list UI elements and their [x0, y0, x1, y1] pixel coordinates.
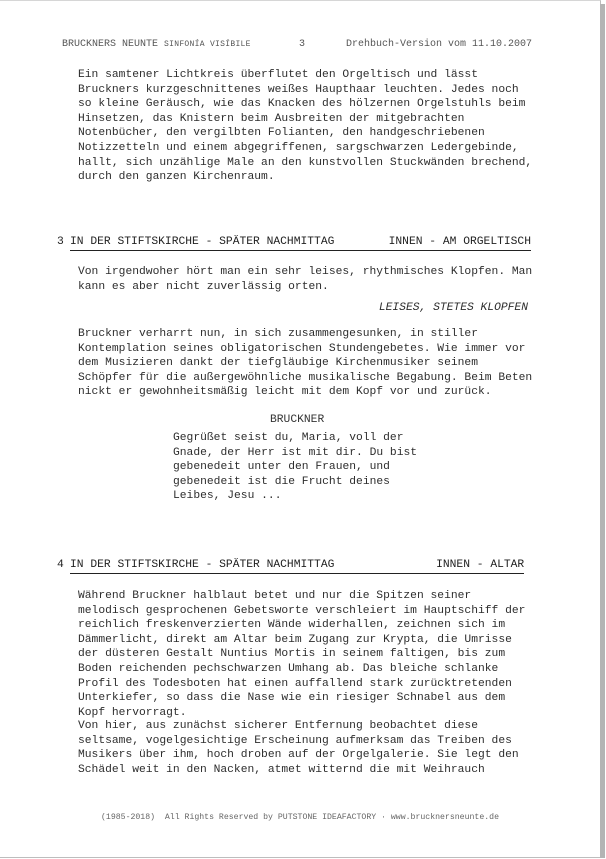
scene-slugline: IN DER STIFTSKIRCHE - SPÄTER NACHMITTAG …: [70, 235, 531, 251]
scene-heading-4: 4IN DER STIFTSKIRCHE - SPÄTER NACHMITTAG…: [57, 558, 524, 574]
scene-3-action-1: Von irgendwoher hört man ein sehr leises…: [78, 265, 548, 294]
copyright-footer: (1985-2018) All Rights Reserved by PUTST…: [0, 813, 600, 822]
dialogue-block: Gegrüßet seist du, Maria, voll der Gnade…: [173, 431, 413, 504]
scene-4-action-2: Von hier, aus zunächst sicherer Entfernu…: [78, 719, 548, 777]
scene-slugline: IN DER STIFTSKIRCHE - SPÄTER NACHMITTAG …: [70, 558, 524, 574]
header-title: BRUCKNERS NEUNTE: [62, 39, 158, 50]
text-line: gebenedeit unter den Frauen, und: [173, 461, 390, 473]
text-line: Bruckner verharrt nun, in sich zusammeng…: [78, 328, 478, 340]
page-number: 3: [299, 39, 305, 50]
script-page: BRUCKNERS NEUNTE SINFONÍA VISÍBILE 3 Dre…: [0, 0, 601, 858]
text-line: Von hier, aus zunächst sicherer Entfernu…: [78, 720, 478, 732]
text-line: Profil des Todesboten hat einen auffalle…: [78, 678, 512, 690]
character-name: BRUCKNER: [270, 414, 324, 426]
text-line: melodisch gesprochenen Gebetsworte versc…: [78, 605, 525, 617]
text-line: Notizzetteln und einem abgegriffenen, sa…: [78, 142, 519, 154]
text-line: kann es aber nicht zuverlässig orten.: [78, 281, 329, 293]
scene-number: 3: [57, 235, 70, 249]
text-line: reichlich freskenverzierten Wände widerh…: [78, 619, 505, 631]
text-line: Schöpfer für die außergewöhnliche musika…: [78, 372, 532, 384]
intro-action-paragraph: Ein samtener Lichtkreis überflutet den O…: [78, 68, 548, 185]
text-line: Unterkiefer, so dass die Nase wie ein ri…: [78, 692, 505, 704]
text-line: Kopf hervorragt.: [78, 707, 186, 719]
text-line: der düsteren Gestalt Nuntius Mortis in s…: [78, 648, 505, 660]
text-line: Ein samtener Lichtkreis überflutet den O…: [78, 69, 478, 81]
script-version: Drehbuch-Version vom 11.10.2007: [346, 39, 532, 50]
text-line: durch den ganzen Kirchenraum.: [78, 171, 275, 183]
text-line: Hinsetzen, das Knistern beim Ausbreiten …: [78, 113, 464, 125]
text-line: dem Musizieren dankt der tiefgläubige Ki…: [78, 357, 478, 369]
page-shadow: [600, 4, 605, 858]
text-line: Während Bruckner halblaut betet und nur …: [78, 590, 471, 602]
text-line: hallt, sich unzählige Male an den kunstv…: [78, 157, 532, 169]
scene-4-action-1: Während Bruckner halblaut betet und nur …: [78, 589, 548, 720]
scene-number: 4: [57, 558, 70, 572]
text-line: Gnade, der Herr ist mit dir. Du bist: [173, 447, 417, 459]
text-line: gebenedeit ist die Frucht deines: [173, 476, 390, 488]
text-line: seltsame, vogelgesichtige Erscheinung au…: [78, 735, 512, 747]
text-line: Dämmerlicht, direkt am Altar beim Zugang…: [78, 634, 512, 646]
scene-heading-3: 3IN DER STIFTSKIRCHE - SPÄTER NACHMITTAG…: [57, 235, 531, 251]
page-header: BRUCKNERS NEUNTE SINFONÍA VISÍBILE 3 Dre…: [62, 39, 532, 53]
text-line: Leibes, Jesu ...: [173, 490, 281, 502]
text-line: Bruckners kurzgeschnittenes weißes Haupt…: [78, 84, 519, 96]
header-subtitle: SINFONÍA VISÍBILE: [164, 40, 251, 49]
text-line: Musikers über ihm, hoch droben auf der O…: [78, 749, 519, 761]
scene-3-action-2: Bruckner verharrt nun, in sich zusammeng…: [78, 327, 548, 400]
sound-cue: LEISES, STETES KLOPFEN: [379, 302, 528, 314]
text-line: Schädel weit in den Nacken, atmet witter…: [78, 764, 485, 776]
text-line: nickt er gewohnheitsmäßig leicht mit dem…: [78, 386, 492, 398]
text-line: Kontemplation seines obligatorischen Stu…: [78, 343, 525, 355]
text-line: Von irgendwoher hört man ein sehr leises…: [78, 266, 532, 278]
text-line: Gegrüßet seist du, Maria, voll der: [173, 432, 404, 444]
text-line: Boden reichenden pechschwarzen Umhang ab…: [78, 663, 498, 675]
text-line: so kleine Geräusch, wie das Knacken des …: [78, 98, 525, 110]
header-title-group: BRUCKNERS NEUNTE SINFONÍA VISÍBILE: [62, 39, 251, 50]
text-line: Notenbücher, den vergilbten Folianten, d…: [78, 127, 485, 139]
